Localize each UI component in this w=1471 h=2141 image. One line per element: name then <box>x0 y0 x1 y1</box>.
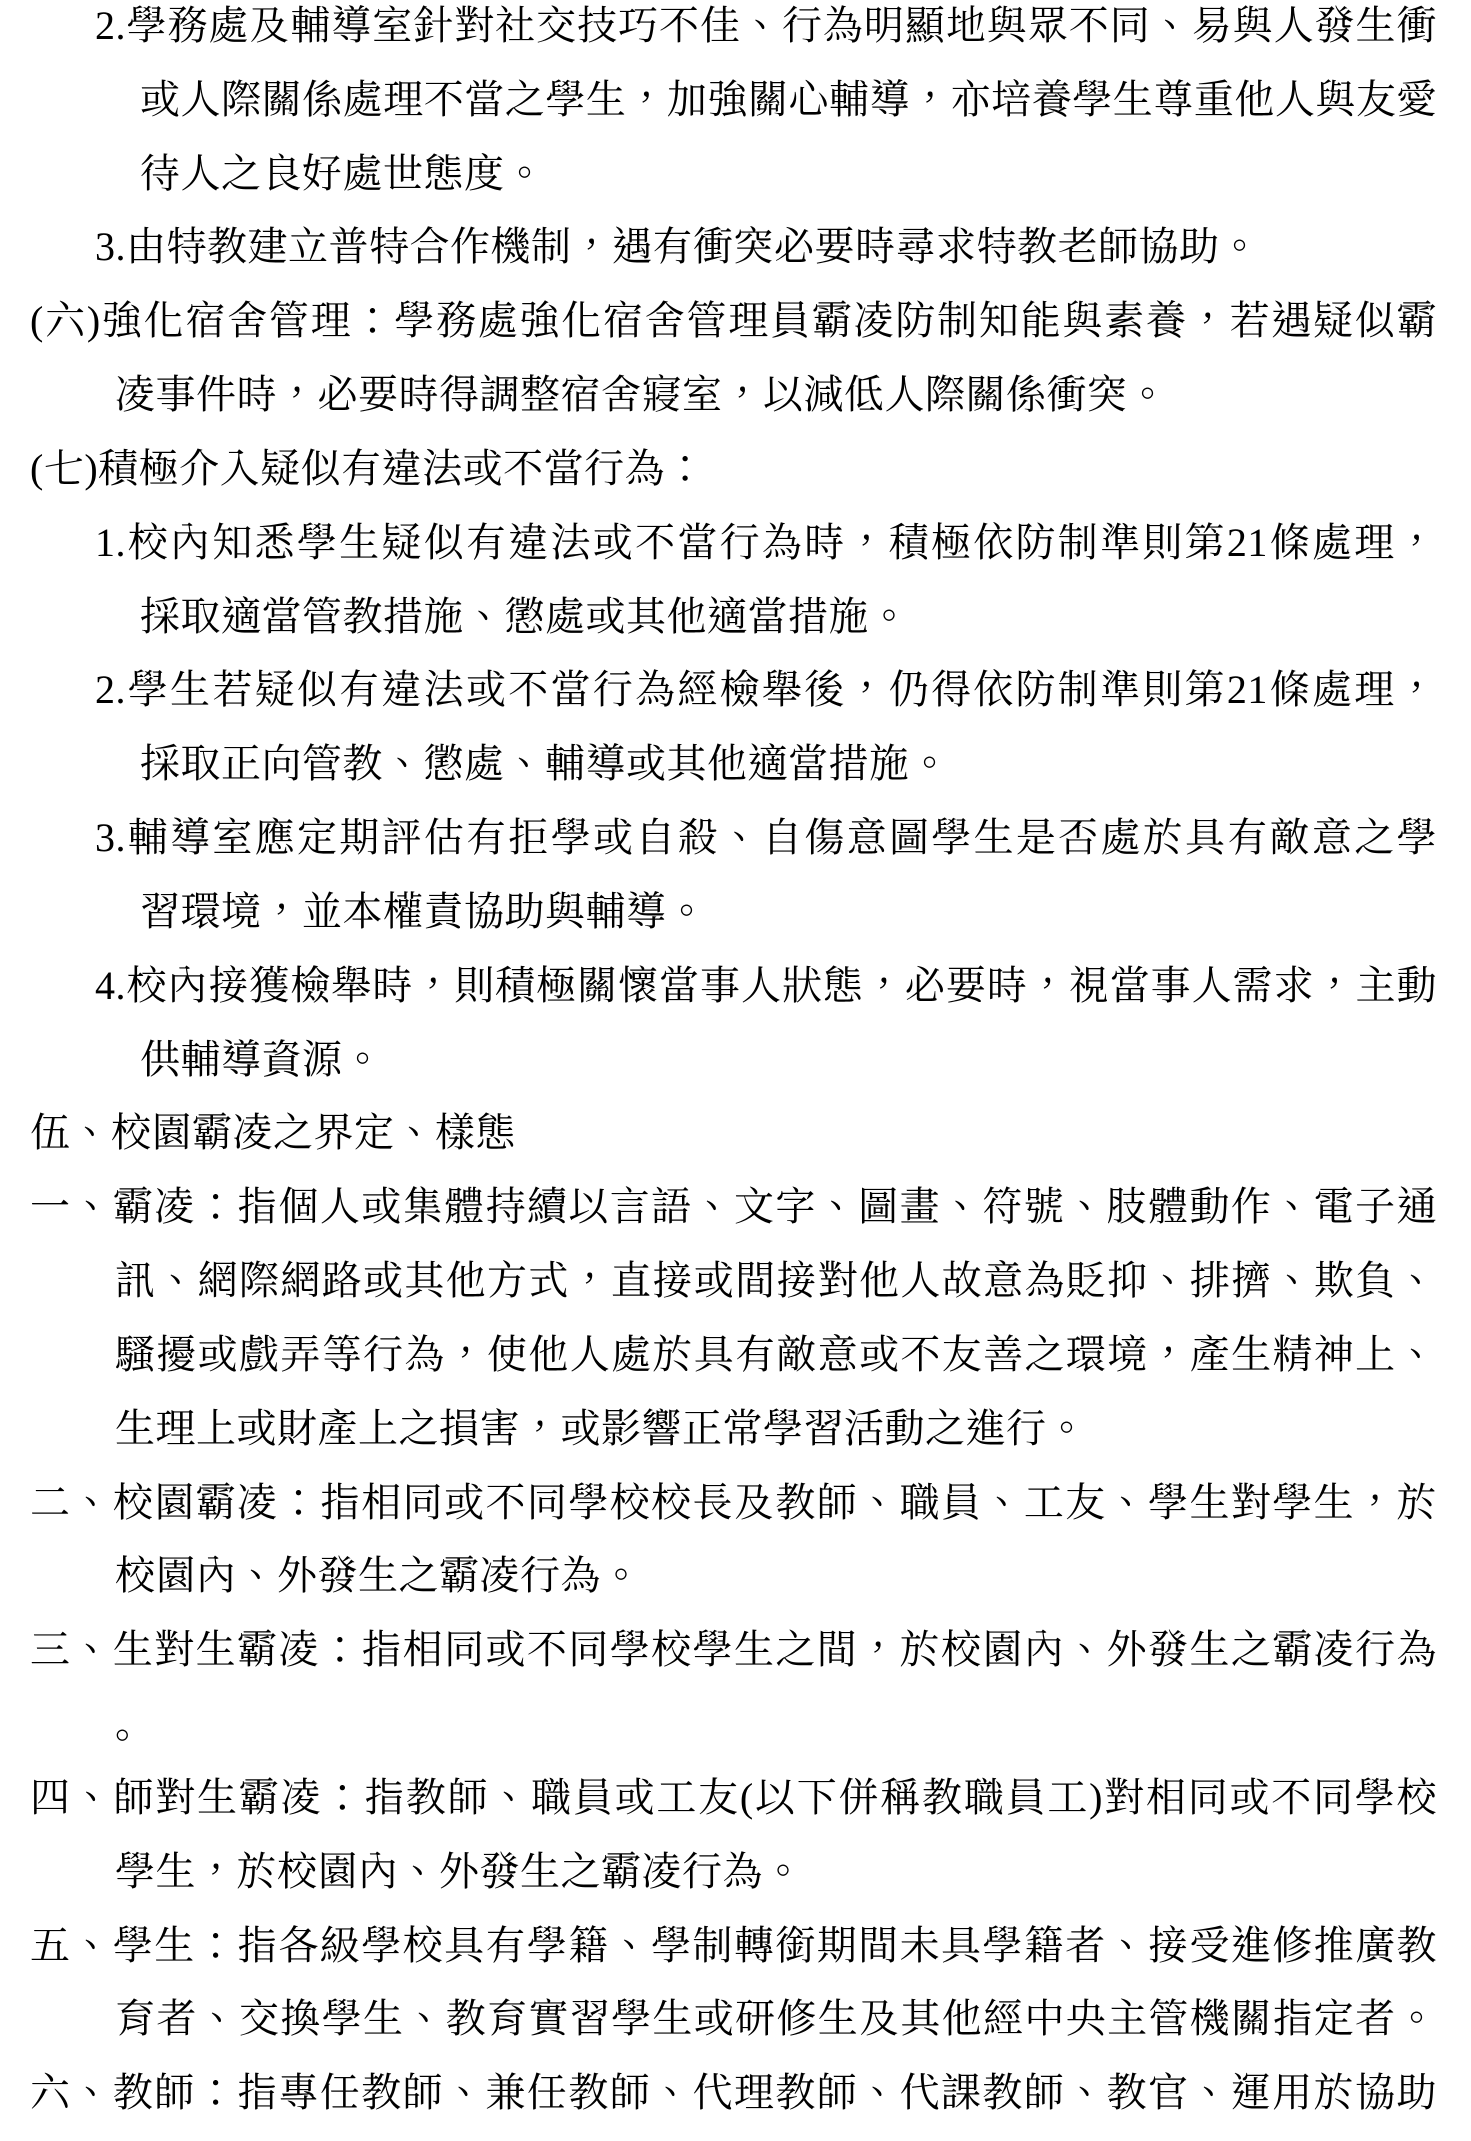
text-line: 二、校園霸凌：指相同或不同學校校長及教師、職員、工友、學生對學生，於 <box>30 1466 1437 1540</box>
text-line: 生理上或財產上之損害，或影響正常學習活動之進行。 <box>115 1392 1437 1466</box>
text-line: (六)強化宿舍管理：學務處強化宿舍管理員霸凌防制知能與素養，若遇疑似霸 <box>30 284 1437 358</box>
text-line: 3.由特教建立普特合作機制，遇有衝突必要時尋求特教老師協助。 <box>95 210 1437 284</box>
text-line: 三、生對生霸凌：指相同或不同學校學生之間，於校園內、外發生之霸凌行為 <box>30 1613 1437 1687</box>
text-line: 訊、網際網路或其他方式，直接或間接對他人故意為貶抑、排擠、欺負、 <box>115 1244 1437 1318</box>
text-line: 1.校內知悉學生疑似有違法或不當行為時，積極依防制準則第21條處理， <box>95 506 1437 580</box>
text-line: 2.學生若疑似有違法或不當行為經檢舉後，仍得依防制準則第21條處理， <box>95 653 1437 727</box>
text-line: 騷擾或戲弄等行為，使他人處於具有敵意或不友善之環境，產生精神上、 <box>115 1318 1437 1392</box>
text-line: 習環境，並本權責協助與輔導。 <box>140 875 1437 949</box>
text-line: 凌事件時，必要時得調整宿舍寢室，以減低人際關係衝突。 <box>115 358 1437 432</box>
text-line: 五、學生：指各級學校具有學籍、學制轉銜期間未具學籍者、接受進修推廣教 <box>30 1909 1437 1983</box>
text-line: 育者、交換學生、教育實習學生或研修生及其他經中央主管機關指定者。 <box>115 1982 1437 2056</box>
text-line: 或人際關係處理不當之學生，加強關心輔導，亦培養學生尊重他人與友愛 <box>140 63 1437 137</box>
text-line: 待人之良好處世態度。 <box>140 137 1437 211</box>
text-line: 六、教師：指專任教師、兼任教師、代理教師、代課教師、教官、運用於協助 <box>30 2056 1437 2130</box>
text-line: 2.學務處及輔導室針對社交技巧不佳、行為明顯地與眾不同、易與人發生衝突 <box>95 0 1437 63</box>
text-line: (七)積極介入疑似有違法或不當行為： <box>30 432 1437 506</box>
text-line: 採取正向管教、懲處、輔導或其他適當措施。 <box>140 727 1437 801</box>
text-line: 學生，於校園內、外發生之霸凌行為。 <box>115 1835 1437 1909</box>
text-line: 3.輔導室應定期評估有拒學或自殺、自傷意圖學生是否處於具有敵意之學 <box>95 801 1437 875</box>
document-page: 2.學務處及輔導室針對社交技巧不佳、行為明顯地與眾不同、易與人發生衝突或人際關係… <box>0 0 1471 2141</box>
document-body: 2.學務處及輔導室針對社交技巧不佳、行為明顯地與眾不同、易與人發生衝突或人際關係… <box>0 0 1471 2130</box>
text-line: 伍、校園霸凌之界定、樣態 <box>30 1096 1437 1170</box>
text-line: 。 <box>115 1687 1437 1761</box>
text-line: 供輔導資源。 <box>140 1023 1437 1097</box>
text-line: 一、霸凌：指個人或集體持續以言語、文字、圖畫、符號、肢體動作、電子通 <box>30 1170 1437 1244</box>
text-line: 採取適當管教措施、懲處或其他適當措施。 <box>140 580 1437 654</box>
text-line: 四、師對生霸凌：指教師、職員或工友(以下併稱教職員工)對相同或不同學校 <box>30 1761 1437 1835</box>
text-line: 校園內、外發生之霸凌行為。 <box>115 1539 1437 1613</box>
text-line: 4.校內接獲檢舉時，則積極關懷當事人狀態，必要時，視當事人需求，主動提 <box>95 949 1437 1023</box>
